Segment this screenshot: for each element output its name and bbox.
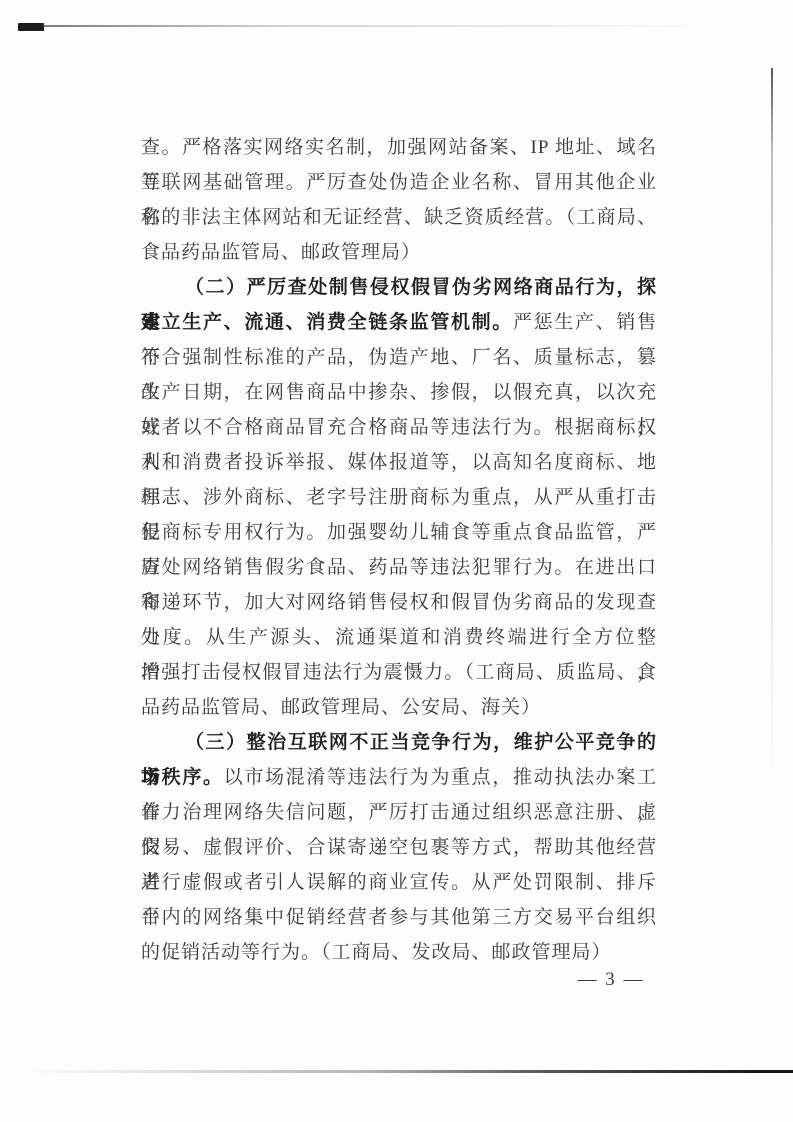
text-line: 交易、虚假评价、合谋寄递空包裹等方式，帮助其他经营者 bbox=[141, 830, 657, 865]
text-line: 食品药品监管局、邮政管理局） bbox=[141, 235, 657, 270]
text-line: 的促销活动等行为。（工商局、发改局、邮政管理局） bbox=[141, 935, 657, 970]
regular-text: 台内的网络集中促销经营者参与其他第三方交易平台组织 bbox=[141, 907, 657, 928]
text-line: 着力治理网络失信问题，严厉打击通过组织恶意注册、虚假 bbox=[141, 795, 657, 830]
text-line: 台内的网络集中促销经营者参与其他第三方交易平台组织 bbox=[141, 900, 657, 935]
text-line: 查处网络销售假劣食品、药品等违法犯罪行为。在进出口和 bbox=[141, 550, 657, 585]
text-line: 或者以不合格商品冒充合格商品等违法行为。根据商标权利 bbox=[141, 410, 657, 445]
regular-text: 的促销活动等行为。（工商局、发改局、邮政管理局） bbox=[141, 942, 612, 963]
text-line: 人和消费者投诉举报、媒体报道等，以高知名度商标、地理 bbox=[141, 445, 657, 480]
text-line: 建立生产、流通、消费全链条监管机制。严惩生产、销售不 bbox=[141, 305, 657, 340]
text-line: 符合强制性标准的产品，伪造产地、厂名、质量标志，篡改 bbox=[141, 340, 657, 375]
text-line: 生产日期，在网售商品中掺杂、掺假，以假充真，以次充好， bbox=[141, 375, 657, 410]
regular-text: 食品药品监管局、邮政管理局） bbox=[141, 242, 421, 263]
scan-edge-line-top bbox=[42, 25, 710, 27]
text-line: （二）严厉查处制售侵权假冒伪劣网络商品行为，探索 bbox=[141, 270, 657, 305]
bold-text: 场秩序。 bbox=[141, 767, 224, 788]
text-line: 犯商标专用权行为。加强婴幼儿辅食等重点食品监管，严厉 bbox=[141, 515, 657, 550]
bold-text: 建立生产、流通、消费全链条监管机制。 bbox=[141, 312, 513, 333]
text-line: 互联网基础管理。严厉查处伪造企业名称、冒用其他企业名 bbox=[141, 165, 657, 200]
document-body: 查。严格落实网络实名制，加强网站备案、IP 地址、域名等互联网基础管理。严厉查处… bbox=[141, 130, 657, 970]
text-line: 品药品监管局、邮政管理局、公安局、海关） bbox=[141, 690, 657, 725]
regular-text: 称的非法主体网站和无证经营、缺乏资质经营。（工商局、 bbox=[141, 207, 657, 228]
text-line: 查。严格落实网络实名制，加强网站备案、IP 地址、域名等 bbox=[141, 130, 657, 165]
regular-text: 品药品监管局、邮政管理局、公安局、海关） bbox=[141, 697, 541, 718]
scan-smudge-icon bbox=[18, 23, 44, 31]
regular-text: 增强打击侵权假冒违法行为震慑力。（工商局、质监局、食 bbox=[141, 662, 657, 683]
text-line: 寄递环节，加大对网络销售侵权和假冒伪劣商品的发现查处 bbox=[141, 585, 657, 620]
scan-edge-line-bottom bbox=[25, 1070, 793, 1073]
text-line: （三）整治互联网不正当竞争行为，维护公平竞争的市 bbox=[141, 725, 657, 760]
text-line: 称的非法主体网站和无证经营、缺乏资质经营。（工商局、 bbox=[141, 200, 657, 235]
text-line: 标志、涉外商标、老字号注册商标为重点，从严从重打击侵 bbox=[141, 480, 657, 515]
text-line: 进行虚假或者引人误解的商业宣传。从严处罚限制、排斥平 bbox=[141, 865, 657, 900]
scanned-document-page: 查。严格落实网络实名制，加强网站备案、IP 地址、域名等互联网基础管理。严厉查处… bbox=[0, 0, 793, 1122]
scan-edge-line-right bbox=[771, 68, 773, 783]
text-line: 场秩序。以市场混淆等违法行为为重点，推动执法办案工作， bbox=[141, 760, 657, 795]
page-number: — 3 — bbox=[556, 969, 666, 991]
text-line: 力度。从生产源头、流通渠道和消费终端进行全方位整治， bbox=[141, 620, 657, 655]
text-line: 增强打击侵权假冒违法行为震慑力。（工商局、质监局、食 bbox=[141, 655, 657, 690]
